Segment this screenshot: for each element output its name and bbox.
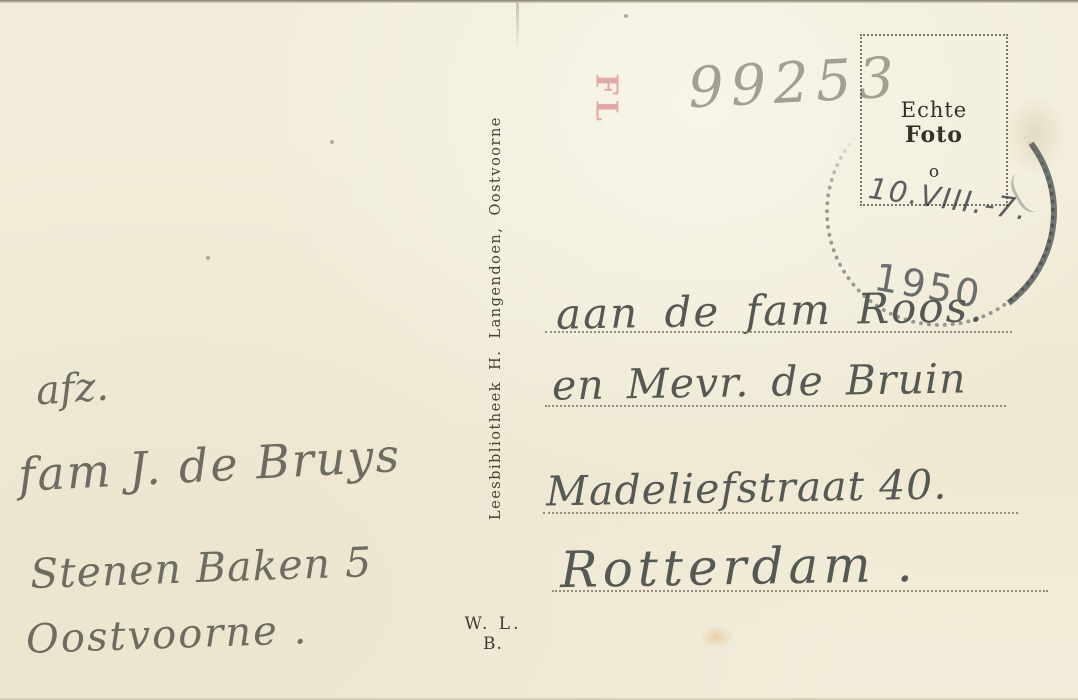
sender-line-name: fam J. de Bruys	[17, 428, 402, 502]
paper-speck	[206, 256, 210, 260]
paper-crease	[516, 3, 519, 49]
address-rule-line	[545, 405, 1006, 407]
recipient-line-street: Madeliefstraat 40.	[546, 461, 948, 516]
paper-stain	[700, 626, 734, 648]
paper-speck	[624, 14, 628, 18]
paper-speck	[330, 140, 334, 144]
card-top-edge	[0, 0, 1078, 3]
address-rule-line	[545, 331, 1012, 333]
sender-line-street: Stenen Baken 5	[29, 538, 373, 598]
printer-initials-line1: W. L.	[458, 614, 528, 634]
sender-line-afz: afz.	[34, 364, 109, 415]
red-ink-stamp: FL	[589, 74, 624, 134]
printer-initials-line2: B.	[458, 634, 528, 654]
sender-line-city: Oostvoorne .	[25, 607, 309, 663]
catalog-number: 99253	[686, 48, 859, 122]
address-rule-line	[552, 590, 1048, 592]
publisher-imprint: Leesbibliotheek H. Langendoen, Oostvoorn…	[488, 160, 510, 520]
recipient-line-name2: en Mevr. de Bruin	[552, 354, 967, 409]
address-rule-line	[543, 512, 1018, 514]
postcard-back: 99253 FL Echte Foto o 10.VIII.-7. 1950 L…	[0, 0, 1078, 700]
